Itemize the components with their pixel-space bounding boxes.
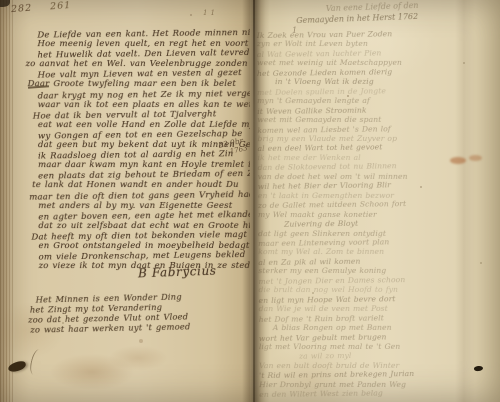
author-signature: B Fabrycius	[138, 264, 217, 281]
manuscript-line: Zuivering de Bloyt	[284, 218, 413, 229]
page-number-left: 282	[11, 3, 33, 15]
manuscript-line: za wil zo myl	[299, 351, 414, 362]
manuscript-line: dan Wie je wil de veen met Post	[259, 304, 414, 314]
manuscript-line: A blias Rongen op met Banen	[273, 323, 414, 333]
tick-mark: 11	[203, 9, 218, 17]
manuscript-book-photo: 282 261 11 De Liefde van een kant. Het R…	[0, 0, 500, 402]
book-gutter-shadow	[242, 0, 270, 402]
page-edge-stack	[0, 0, 15, 402]
right-page-header: Van eene Liefde of denGemaayden in het H…	[296, 0, 419, 26]
gutter-fold-line	[253, 0, 255, 402]
rust-stain	[450, 157, 466, 164]
page-number-right: 261	[50, 0, 72, 12]
left-page-postscript: Het Minnen is een Wonder Dinghet Zingt m…	[30, 292, 191, 335]
right-page-faded-poem: Ik Zoek een Vrou van Puer Zodenzyn er Wo…	[257, 29, 415, 399]
gutter-top-shadow	[243, 0, 269, 12]
manuscript-line: en den Wiltert West zien belag	[259, 388, 414, 399]
paper-specks	[0, 0, 2, 2]
rust-stain	[469, 155, 482, 161]
page-crease	[455, 0, 475, 402]
manuscript-line: zo de Gallet met uitdeen Schoon fort	[258, 199, 413, 210]
manuscript-line: weet mit Gemaayden die spant	[257, 115, 412, 125]
